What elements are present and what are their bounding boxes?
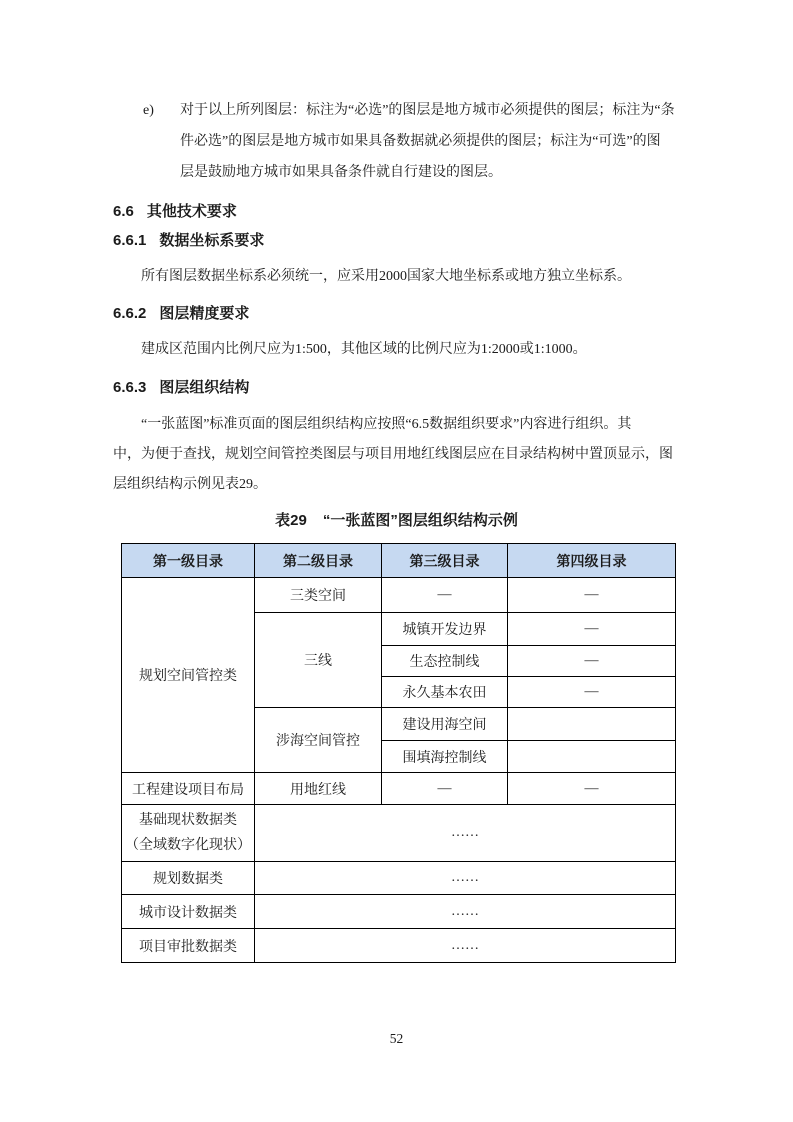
table-row: 城市设计数据类 …… bbox=[122, 895, 676, 929]
cell-reclamation-control-line: 围填海控制线 bbox=[382, 741, 508, 773]
table-row: 规划空间管控类 三类空间 — — bbox=[122, 578, 676, 613]
cell-line: （全域数字化现状） bbox=[122, 833, 254, 858]
cell-sea-construction-space: 建设用海空间 bbox=[382, 708, 508, 741]
heading-title: 图层精度要求 bbox=[159, 305, 249, 322]
list-item-marker: e) bbox=[143, 95, 154, 126]
cell-dash: — bbox=[382, 578, 508, 613]
heading-title: 图层组织结构 bbox=[159, 379, 249, 396]
cell-planning-data-class: 规划数据类 bbox=[122, 862, 255, 895]
paragraph-line: “一张蓝图”标准页面的图层组织结构应按照“6.5数据组织要求”内容进行组织。其 bbox=[113, 410, 713, 440]
table-caption-title: “一张蓝图”图层组织结构示例 bbox=[323, 512, 518, 529]
heading-number: 6.6 bbox=[113, 196, 134, 227]
heading-number: 6.6.3 bbox=[113, 372, 146, 403]
table-caption-label: 表29 bbox=[275, 512, 307, 529]
cell-dash: — bbox=[508, 578, 676, 613]
heading-6-6-3: 6.6.3图层组织结构 bbox=[113, 372, 249, 403]
cell-ellipsis: …… bbox=[255, 805, 676, 862]
heading-6-6: 6.6其他技术要求 bbox=[113, 196, 237, 227]
header-cell-level-1: 第一级目录 bbox=[122, 544, 255, 578]
heading-title: 其他技术要求 bbox=[147, 203, 237, 220]
cell-dash: — bbox=[382, 773, 508, 805]
heading-title: 数据坐标系要求 bbox=[159, 232, 264, 249]
cell-ellipsis: …… bbox=[255, 895, 676, 929]
cell-basic-status-data-class: 基础现状数据类 （全域数字化现状） bbox=[122, 805, 255, 862]
header-cell-level-2: 第二级目录 bbox=[255, 544, 382, 578]
cell-empty bbox=[508, 708, 676, 741]
cell-ellipsis: …… bbox=[255, 929, 676, 963]
cell-dash: — bbox=[508, 677, 676, 708]
table-row: 工程建设项目布局 用地红线 — — bbox=[122, 773, 676, 805]
header-cell-level-3: 第三级目录 bbox=[382, 544, 508, 578]
cell-dash: — bbox=[508, 646, 676, 677]
paragraph-line: 层组织结构示例见表29。 bbox=[113, 470, 713, 500]
cell-ellipsis: …… bbox=[255, 862, 676, 895]
list-item-line: 层是鼓励地方城市如果具备条件就自行建设的图层。 bbox=[180, 157, 713, 188]
heading-6-6-2: 6.6.2图层精度要求 bbox=[113, 298, 249, 329]
cell-project-layout: 工程建设项目布局 bbox=[122, 773, 255, 805]
cell-urban-design-data-class: 城市设计数据类 bbox=[122, 895, 255, 929]
layer-structure-table: 第一级目录 第二级目录 第三级目录 第四级目录 规划空间管控类 三类空间 — —… bbox=[121, 543, 676, 963]
cell-sea-space-control: 涉海空间管控 bbox=[255, 708, 382, 773]
cell-planning-space-control-class: 规划空间管控类 bbox=[122, 578, 255, 773]
heading-6-6-1: 6.6.1数据坐标系要求 bbox=[113, 225, 264, 256]
table-caption: 表29“一张蓝图”图层组织结构示例 bbox=[113, 505, 680, 536]
cell-eco-control-line: 生态控制线 bbox=[382, 646, 508, 677]
paragraph-6-6-1: 所有图层数据坐标系必须统一，应采用2000国家大地坐标系或地方独立坐标系。 bbox=[113, 261, 713, 292]
table-row: 基础现状数据类 （全域数字化现状） …… bbox=[122, 805, 676, 862]
heading-number: 6.6.1 bbox=[113, 225, 146, 256]
cell-project-approval-data-class: 项目审批数据类 bbox=[122, 929, 255, 963]
paragraph-6-6-2: 建成区范围内比例尺应为1:500，其他区域的比例尺应为1:2000或1:1000… bbox=[113, 334, 713, 365]
cell-dash: — bbox=[508, 613, 676, 646]
paragraph-6-6-3: “一张蓝图”标准页面的图层组织结构应按照“6.5数据组织要求”内容进行组织。其 … bbox=[113, 410, 713, 500]
paragraph-line: 中，为便于查找，规划空间管控类图层与项目用地红线图层应在目录结构树中置顶显示，图 bbox=[113, 440, 713, 470]
paragraph-line: 所有图层数据坐标系必须统一，应采用2000国家大地坐标系或地方独立坐标系。 bbox=[113, 261, 713, 292]
cell-land-red-line: 用地红线 bbox=[255, 773, 382, 805]
cell-permanent-farmland: 永久基本农田 bbox=[382, 677, 508, 708]
header-cell-level-4: 第四级目录 bbox=[508, 544, 676, 578]
cell-urban-dev-boundary: 城镇开发边界 bbox=[382, 613, 508, 646]
table-row: 项目审批数据类 …… bbox=[122, 929, 676, 963]
page-number: 52 bbox=[0, 1031, 793, 1047]
heading-number: 6.6.2 bbox=[113, 298, 146, 329]
list-item-line: 对于以上所列图层：标注为“必选”的图层是地方城市必须提供的图层；标注为“条 bbox=[180, 95, 713, 126]
cell-three-lines: 三线 bbox=[255, 613, 382, 708]
table-header-row: 第一级目录 第二级目录 第三级目录 第四级目录 bbox=[122, 544, 676, 578]
list-item-e: e) 对于以上所列图层：标注为“必选”的图层是地方城市必须提供的图层；标注为“条… bbox=[113, 95, 713, 188]
paragraph-line: 建成区范围内比例尺应为1:500，其他区域的比例尺应为1:2000或1:1000… bbox=[113, 334, 713, 365]
table-row: 规划数据类 …… bbox=[122, 862, 676, 895]
cell-line: 基础现状数据类 bbox=[122, 808, 254, 833]
cell-empty bbox=[508, 741, 676, 773]
document-page: e) 对于以上所列图层：标注为“必选”的图层是地方城市必须提供的图层；标注为“条… bbox=[0, 0, 793, 1122]
list-item-line: 件必选”的图层是地方城市如果具备数据就必须提供的图层；标注为“可选”的图 bbox=[180, 126, 713, 157]
cell-three-type-spaces: 三类空间 bbox=[255, 578, 382, 613]
cell-dash: — bbox=[508, 773, 676, 805]
